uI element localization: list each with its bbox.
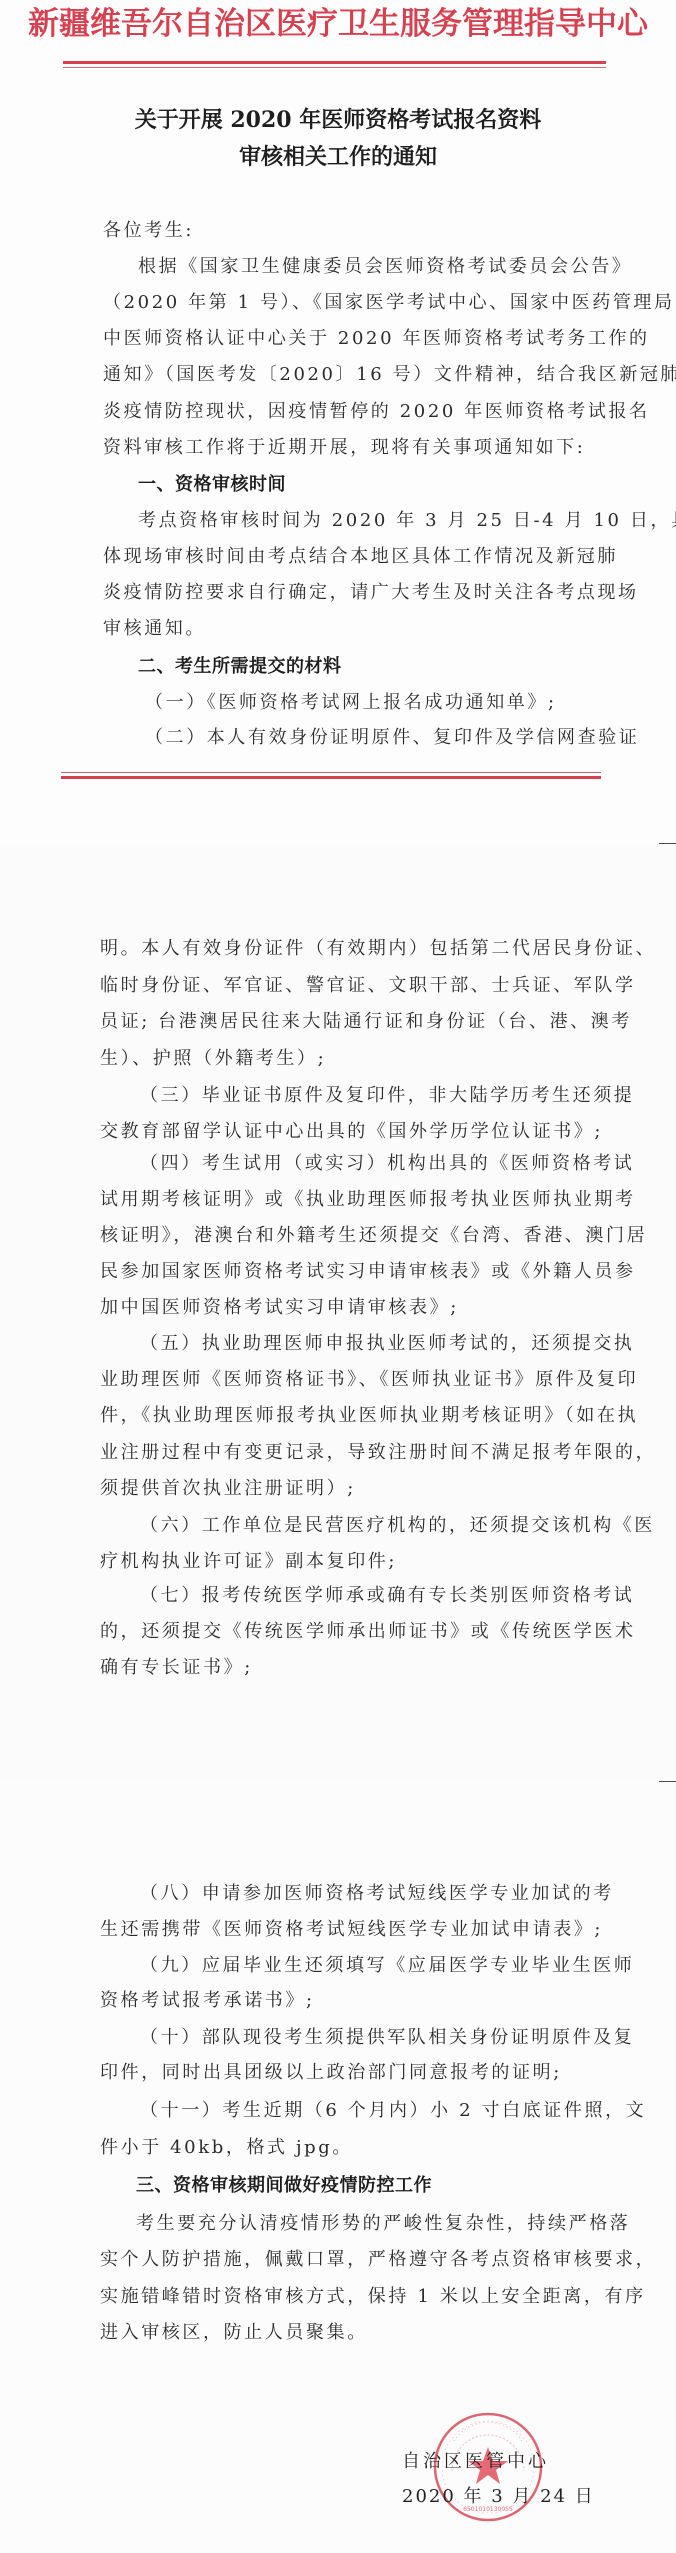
material-line: 业助理医师《医师资格证书》、《医师执业证书》原件及复印 xyxy=(100,1367,566,1393)
material-line: 生还需携带《医师资格考试短线医学专业加试申请表》; xyxy=(100,1917,566,1943)
material-item-9: （九）应届毕业生还须填写《应届医学专业毕业生医师 xyxy=(140,1953,566,1979)
intro-line: 通知》（国医考发〔2020〕16 号）文件精神，结合我区新冠肺 xyxy=(103,362,569,388)
material-item-6: （六）工作单位是民营医疗机构的，还须提交该机构《医 xyxy=(140,1513,566,1539)
material-line: 须提供首次执业注册证明）; xyxy=(100,1476,566,1502)
material-line: 民参加国家医师资格考试实习申请审核表》或《外籍人员参 xyxy=(100,1259,566,1285)
material-line: 疗机构执业许可证》副本复印件; xyxy=(100,1549,566,1575)
material-item-10: （十）部队现役考生须提供军队相关身份证明原件及复 xyxy=(140,2025,566,2051)
section-2-heading: 二、考生所需提交的材料 xyxy=(138,654,604,680)
intro-line: （2020 年第 1 号）、《国家医学考试中心、国家中医药管理局 xyxy=(103,290,569,316)
salutation: 各位考生: xyxy=(103,218,569,244)
section-1-heading: 一、资格审核时间 xyxy=(138,472,604,498)
material-line: 明。本人有效身份证件（有效期内）包括第二代居民身份证、 xyxy=(100,936,566,962)
section-1-line: 考点资格审核时间为 2020 年 3 月 25 日-4 月 10 日，具 xyxy=(138,508,569,534)
section-1-line: 体现场审核时间由考点结合本地区具体工作情况及新冠肺 xyxy=(103,544,569,570)
material-line: 资格考试报考承诺书》; xyxy=(100,1988,566,2014)
material-item-4: （四）考生试用（或实习）机构出具的《医师资格考试 xyxy=(140,1151,566,1177)
material-item-2: （二）本人有效身份证明原件、复印件及学信网查验证 xyxy=(145,725,569,751)
intro-line: 炎疫情防控现状，因疫情暂停的 2020 年医师资格考试报名 xyxy=(103,399,569,425)
section-3-line: 考生要充分认清疫情形势的严峻性复杂性，持续严格落 xyxy=(136,2211,562,2237)
material-line: 的，还须提交《传统医学师承出师证书》或《传统医学医术 xyxy=(100,1619,566,1645)
material-line: 件，《执业助理医师报考执业医师执业期考核证明》（如在执 xyxy=(100,1403,566,1429)
material-line: 件小于 40kb，格式 jpg。 xyxy=(100,2135,566,2161)
material-item-7: （七）报考传统医学师承或确有专长类别医师资格考试 xyxy=(140,1583,566,1609)
material-line: 试用期考核证明》或《执业助理医师报考执业医师执业期考 xyxy=(100,1187,566,1213)
section-3-line: 实施错峰错时资格审核方式，保持 1 米以上安全距离，有序 xyxy=(100,2284,566,2310)
section-1-line: 审核通知。 xyxy=(103,616,569,642)
section-3-heading: 三、资格审核期间做好疫情防控工作 xyxy=(136,2173,602,2199)
intro-line: 资料审核工作将于近期开展，现将有关事项通知如下: xyxy=(103,435,569,461)
section-3-line: 进入审核区，防止人员聚集。 xyxy=(100,2320,566,2346)
material-line: 临时身份证、军官证、警官证、文职干部、士兵证、军队学 xyxy=(100,973,566,999)
material-item-3: （三）毕业证书原件及复印件，非大陆学历考生还须提 xyxy=(140,1083,566,1109)
document-page-2: 明。本人有效身份证件（有效期内）包括第二代居民身份证、 临时身份证、军官证、警官… xyxy=(0,844,676,1782)
header-red-rule xyxy=(63,61,606,64)
header-red-rule-thin xyxy=(63,67,606,68)
section-1-line: 炎疫情防控要求自行确定，请广大考生及时关注各考点现场 xyxy=(103,580,569,606)
material-item-1: （一）《医师资格考试网上报名成功通知单》; xyxy=(145,690,569,716)
material-item-5: （五）执业助理医师申报执业医师考试的，还须提交执 xyxy=(140,1331,566,1357)
signature-date: 2020 年 3 月 24 日 xyxy=(402,2484,595,2510)
footer-red-rule xyxy=(61,776,601,779)
material-item-8: （八）申请参加医师资格考试短线医学专业加试的考 xyxy=(140,1881,566,1907)
material-line: 交教育部留学认证中心出具的《国外学历学位认证书》; xyxy=(100,1119,566,1145)
footer-rule-thin xyxy=(61,772,601,773)
material-line: 生）、护照（外籍考生）; xyxy=(100,1046,566,1072)
material-line: 印件，同时出具团级以上政治部门同意报考的证明; xyxy=(100,2060,566,2086)
material-line: 业注册过程中有变更记录，导致注册时间不满足报考年限的， xyxy=(100,1440,566,1466)
intro-line: 中医师资格认证中心关于 2020 年医师资格考试考务工作的 xyxy=(103,326,569,352)
material-line: 加中国医师资格考试实习申请审核表》; xyxy=(100,1295,566,1321)
material-line: 员证; 台港澳居民往来大陆通行证和身份证（台、港、澳考 xyxy=(100,1009,566,1035)
material-line: 核证明》，港澳台和外籍考生还须提交《台湾、香港、澳门居 xyxy=(100,1223,566,1249)
document-page-1: 新疆维吾尔自治区医疗卫生服务管理指导中心 关于开展 2020 年医师资格考试报名… xyxy=(0,0,676,844)
intro-line: 根据《国家卫生健康委员会医师资格考试委员会公告》 xyxy=(138,254,569,280)
document-title-line-1: 关于开展 2020 年医师资格考试报名资料 xyxy=(0,105,676,135)
section-3-line: 实个人防护措施，佩戴口罩，严格遵守各考点资格审核要求， xyxy=(100,2247,566,2273)
material-line: 确有专长证书》; xyxy=(100,1655,566,1681)
issuing-organization-header: 新疆维吾尔自治区医疗卫生服务管理指导中心 xyxy=(0,2,676,46)
document-page-3: （八）申请参加医师资格考试短线医学专业加试的考 生还需携带《医师资格考试短线医学… xyxy=(0,1782,676,2553)
signature-organization: 自治区医管中心 xyxy=(402,2449,549,2475)
material-item-11: （十一）考生近期（6 个月内）小 2 寸白底证件照，文 xyxy=(140,2098,566,2124)
document-title-line-2: 审核相关工作的通知 xyxy=(0,142,676,172)
